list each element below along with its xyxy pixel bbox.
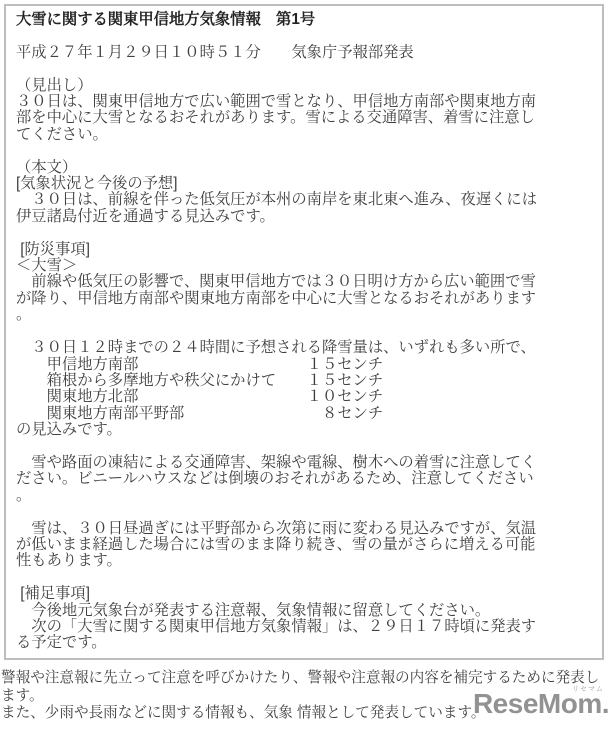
bulletin-issued-line: 平成２７年１月２９日１０時５１分 気象庁予報部発表 [16,45,592,61]
bulletin-body-text: （見出し） ３０日は、関東甲信地方で広い範囲で雪となり、甲信地方南部や関東地方南… [16,78,592,652]
resemom-logo-ruby: リセマム [572,684,604,694]
resemom-logo: リセマム ReseMom. [473,688,609,728]
bulletin-title: 大雪に関する関東甲信地方気象情報 第1号 [16,12,592,28]
footer-area: 警報や注意報に先立って注意を呼びかけたり、警報や注意報の内容を補完するために発表… [0,668,611,735]
page: { "bulletin": { "title": "大雪に関する関東甲信地方気象… [0,0,611,735]
weather-bulletin-box: 大雪に関する関東甲信地方気象情報 第1号 平成２７年１月２９日１０時５１分 気象… [4,4,604,660]
